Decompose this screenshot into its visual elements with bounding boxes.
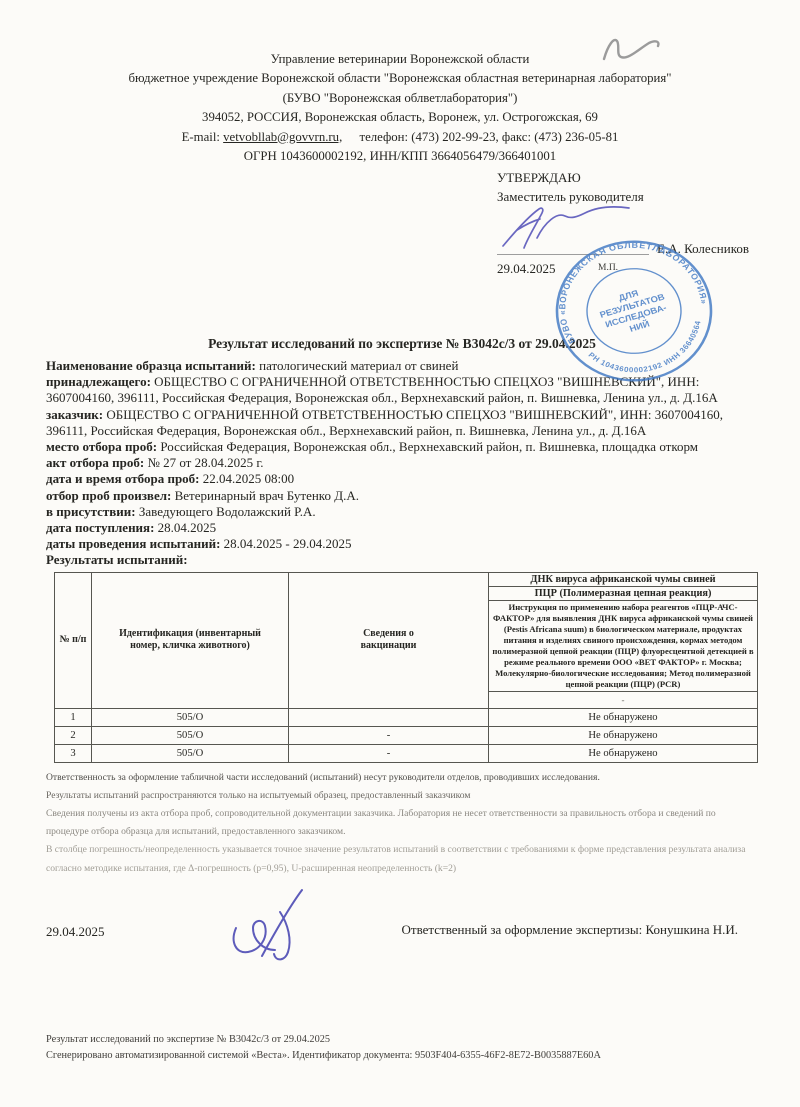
approval-signature-area: Е.А. Колесников bbox=[497, 206, 759, 258]
field-sampling-place: место отбора проб: Российская Федерация,… bbox=[46, 439, 758, 455]
field-label: дата поступления: bbox=[46, 520, 154, 535]
document-page: Управление ветеринарии Воронежской облас… bbox=[0, 0, 800, 1107]
responsible-signature bbox=[222, 886, 347, 971]
field-value: № 27 от 28.04.2025 г. bbox=[147, 455, 263, 470]
responsible-person: Ответственный за оформление экспертизы: … bbox=[402, 922, 738, 938]
field-label: принадлежащего: bbox=[46, 374, 151, 389]
field-label: Наименование образца испытаний: bbox=[46, 358, 256, 373]
footer-generated: Сгенерировано автоматизированной системо… bbox=[46, 1048, 601, 1064]
stamp-place-label: М.П. bbox=[598, 263, 618, 273]
approval-heading: УТВЕРЖДАЮ bbox=[497, 168, 759, 187]
org-ogrn-inn: ОГРН 1043600002192, ИНН/КПП 3664056479/3… bbox=[0, 147, 800, 166]
results-heading: Результаты испытаний: bbox=[46, 552, 758, 568]
table-row: 2 505/О - Не обнаружено bbox=[55, 726, 758, 744]
col-header-identification-label: Идентификация (инвентарный номер, кличка… bbox=[111, 628, 269, 652]
field-customer: заказчик: ОБЩЕСТВО С ОГРАНИЧЕННОЙ ОТВЕТС… bbox=[46, 407, 758, 439]
field-value: 28.04.2025 - 29.04.2025 bbox=[224, 536, 352, 551]
field-label: даты проведения испытаний: bbox=[46, 536, 220, 551]
footnotes: Ответственность за оформление табличной … bbox=[46, 769, 758, 878]
email-link[interactable]: vetvobllab@govvrn.ru, bbox=[223, 130, 342, 144]
row-num: 2 bbox=[55, 726, 92, 744]
field-value: ОБЩЕСТВО С ОГРАНИЧЕННОЙ ОТВЕТСТВЕННОСТЬЮ… bbox=[46, 407, 723, 438]
field-sampled-by: отбор проб произвел: Ветеринарный врач Б… bbox=[46, 488, 758, 504]
field-label: заказчик: bbox=[46, 407, 103, 422]
footnote: В столбце погрешность/неопределенность у… bbox=[46, 841, 758, 877]
stamp-center-line: ИССЛЕДОВА- bbox=[604, 303, 668, 330]
col-header-method-short: ПЦР (Полимеразная цепная реакция) bbox=[489, 586, 758, 600]
row-id: 505/О bbox=[92, 708, 289, 726]
email-label: E-mail: bbox=[182, 130, 220, 144]
field-label: в присутствии: bbox=[46, 504, 136, 519]
col-header-num-label: № п/п bbox=[60, 634, 87, 645]
approver-signature bbox=[487, 202, 657, 254]
field-value: Российская Федерация, Воронежская обл., … bbox=[160, 439, 698, 454]
row-vaccination bbox=[289, 708, 489, 726]
table-row: 3 505/О - Не обнаружено bbox=[55, 744, 758, 762]
org-header: Управление ветеринарии Воронежской облас… bbox=[0, 50, 800, 166]
document-body: Результат исследований по экспертизе № В… bbox=[46, 336, 758, 878]
document-footer: Результат исследований по экспертизе № В… bbox=[46, 1032, 601, 1063]
approval-block: УТВЕРЖДАЮ Заместитель руководителя Е.А. … bbox=[497, 168, 759, 278]
field-value: 22.04.2025 08:00 bbox=[203, 471, 294, 486]
col-header-vaccination: Сведения о вакцинации bbox=[289, 572, 489, 708]
field-label: место отбора проб: bbox=[46, 439, 157, 454]
org-name: бюджетное учреждение Воронежской области… bbox=[0, 69, 800, 88]
results-table: № п/п Идентификация (инвентарный номер, … bbox=[54, 572, 758, 763]
org-address: 394052, РОССИЯ, Воронежская область, Вор… bbox=[0, 108, 800, 127]
field-label: дата и время отбора проб: bbox=[46, 471, 200, 486]
field-owner: принадлежащего: ОБЩЕСТВО С ОГРАНИЧЕННОЙ … bbox=[46, 374, 758, 406]
col-header-num: № п/п bbox=[55, 572, 92, 708]
field-sampling-act: акт отбора проб: № 27 от 28.04.2025 г. bbox=[46, 455, 758, 471]
field-sample-name: Наименование образца испытаний: патологи… bbox=[46, 358, 758, 374]
table-row: 1 505/О Не обнаружено bbox=[55, 708, 758, 726]
org-contacts: E-mail: vetvobllab@govvrn.ru, телефон: (… bbox=[0, 128, 800, 147]
row-result: Не обнаружено bbox=[489, 708, 758, 726]
row-vaccination: - bbox=[289, 726, 489, 744]
field-sampling-datetime: дата и время отбора проб: 22.04.2025 08:… bbox=[46, 471, 758, 487]
field-value: Заведующего Водолажский Р.А. bbox=[139, 504, 316, 519]
approver-name: Е.А. Колесников bbox=[657, 239, 749, 258]
col-header-vaccination-label: Сведения о вакцинации bbox=[346, 628, 432, 652]
field-value: патологический материал от свиней bbox=[259, 358, 458, 373]
stamp-center-line: ДЛЯ bbox=[617, 288, 639, 303]
footnote: Результаты испытаний распространяются то… bbox=[46, 787, 758, 805]
field-in-presence-of: в присутствии: Заведующего Водолажский Р… bbox=[46, 504, 758, 520]
footnote: Сведения получены из акта отбора проб, с… bbox=[46, 805, 758, 841]
table-header-row: № п/п Идентификация (инвентарный номер, … bbox=[55, 572, 758, 586]
field-label: отбор проб произвел: bbox=[46, 488, 171, 503]
document-title: Результат исследований по экспертизе № В… bbox=[46, 336, 758, 352]
field-label: акт отбора проб: bbox=[46, 455, 144, 470]
org-short-name: (БУВО "Воронежская облветлаборатория") bbox=[0, 89, 800, 108]
footer-doc-ref: Результат исследований по экспертизе № В… bbox=[46, 1032, 601, 1048]
col-header-sub-row: - bbox=[489, 691, 758, 708]
stamp-center-line: РЕЗУЛЬТАТОВ bbox=[598, 292, 666, 320]
row-result: Не обнаружено bbox=[489, 744, 758, 762]
approval-date: 29.04.2025 bbox=[497, 259, 759, 278]
signature-line bbox=[497, 254, 649, 255]
field-value: 28.04.2025 bbox=[158, 520, 217, 535]
field-received-date: дата поступления: 28.04.2025 bbox=[46, 520, 758, 536]
org-department: Управление ветеринарии Воронежской облас… bbox=[0, 50, 800, 69]
col-header-method-full: Инструкция по применению набора реагенто… bbox=[489, 600, 758, 691]
row-id: 505/О bbox=[92, 744, 289, 762]
phone-fax: телефон: (473) 202-99-23, факс: (473) 23… bbox=[359, 130, 618, 144]
stamp-center-line: НИЙ bbox=[628, 318, 651, 334]
footnote: Ответственность за оформление табличной … bbox=[46, 769, 758, 787]
signoff-date: 29.04.2025 bbox=[46, 924, 105, 940]
row-id: 505/О bbox=[92, 726, 289, 744]
col-header-test-group: ДНК вируса африканской чумы свиней bbox=[489, 572, 758, 586]
field-testing-dates: даты проведения испытаний: 28.04.2025 - … bbox=[46, 536, 758, 552]
row-num: 1 bbox=[55, 708, 92, 726]
row-result: Не обнаружено bbox=[489, 726, 758, 744]
field-value: Ветеринарный врач Бутенко Д.А. bbox=[175, 488, 359, 503]
row-vaccination: - bbox=[289, 744, 489, 762]
col-header-identification: Идентификация (инвентарный номер, кличка… bbox=[92, 572, 289, 708]
row-num: 3 bbox=[55, 744, 92, 762]
